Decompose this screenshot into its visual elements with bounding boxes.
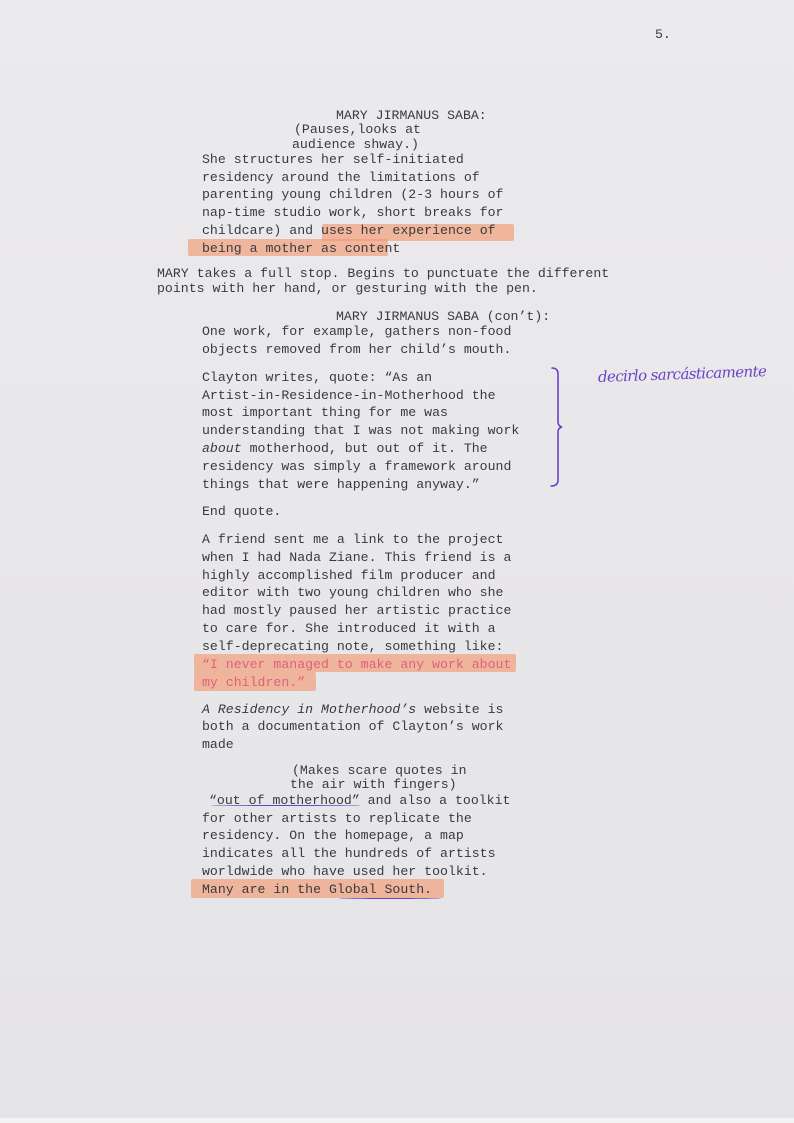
highlighted-text: uses her experience of (321, 223, 496, 238)
dialogue-line: for other artists to replicate the (202, 810, 472, 828)
dialogue-line: had mostly paused her artistic practice (202, 602, 511, 620)
pen-underline (211, 805, 361, 806)
dialogue-line: about motherhood, but out of it. The (202, 440, 488, 458)
dialogue-line: to care for. She introduced it with a (202, 620, 496, 638)
highlighted-text: Many are in the Global South. (202, 881, 432, 899)
pen-underline (339, 898, 441, 899)
dialogue-line: Artist-in-Residence-in-Motherhood the (202, 387, 496, 405)
dialogue-line: residency. On the homepage, a map (202, 827, 464, 845)
dialogue-text: ” and also a toolkit (352, 793, 511, 808)
dialogue-line: A Residency in Motherhood’s website is (202, 701, 504, 719)
dialogue-line: residency was simply a framework around (202, 458, 511, 476)
italic-title: A Residency in Motherhood’s (202, 702, 416, 717)
curly-bracket-annotation (540, 364, 570, 492)
dialogue-line: End quote. (202, 503, 281, 521)
dialogue-line: editor with two young children who she (202, 584, 503, 602)
dialogue-text: childcare) and (202, 223, 321, 238)
dialogue-line: things that were happening anyway.” (202, 476, 480, 494)
page-bottom-edge (0, 1118, 794, 1123)
dialogue-line: childcare) and uses her experience of (202, 222, 496, 240)
action-line: points with her hand, or gesturing with … (157, 280, 538, 298)
dialogue-line: Clayton writes, quote: “As an (202, 369, 432, 387)
dialogue-line: “out of motherhood” and also a toolkit (209, 792, 511, 810)
dialogue-line: both a documentation of Clayton’s work (202, 718, 503, 736)
dialogue-line: when I had Nada Ziane. This friend is a (202, 549, 511, 567)
dialogue-line: She structures her self-initiated (202, 151, 464, 169)
italic-text: about (202, 441, 242, 456)
dialogue-line: residency around the limitations of (202, 169, 480, 187)
highlighted-quote: “I never managed to make any work about (202, 656, 511, 674)
dialogue-line: nap-time studio work, short breaks for (202, 204, 503, 222)
highlighted-quote: my children.” (202, 674, 305, 692)
dialogue-line: One work, for example, gathers non-food (202, 323, 511, 341)
dialogue-text: website is (416, 702, 503, 717)
dialogue-line: A friend sent me a link to the project (202, 531, 503, 549)
dialogue-line: most important thing for me was (202, 404, 448, 422)
dialogue-line: made (202, 736, 234, 754)
dialogue-text: motherhood, but out of it. The (242, 441, 488, 456)
dialogue-line: indicates all the hundreds of artists (202, 845, 496, 863)
dialogue-line: understanding that I was not making work (202, 422, 519, 440)
dialogue-line: highly accomplished film producer and (202, 567, 496, 585)
dialogue-line: objects removed from her child’s mouth. (202, 341, 511, 359)
page-number: 5. (655, 26, 671, 44)
highlighted-text: being a mother as content (202, 240, 400, 258)
dialogue-line: parenting young children (2-3 hours of (202, 186, 503, 204)
